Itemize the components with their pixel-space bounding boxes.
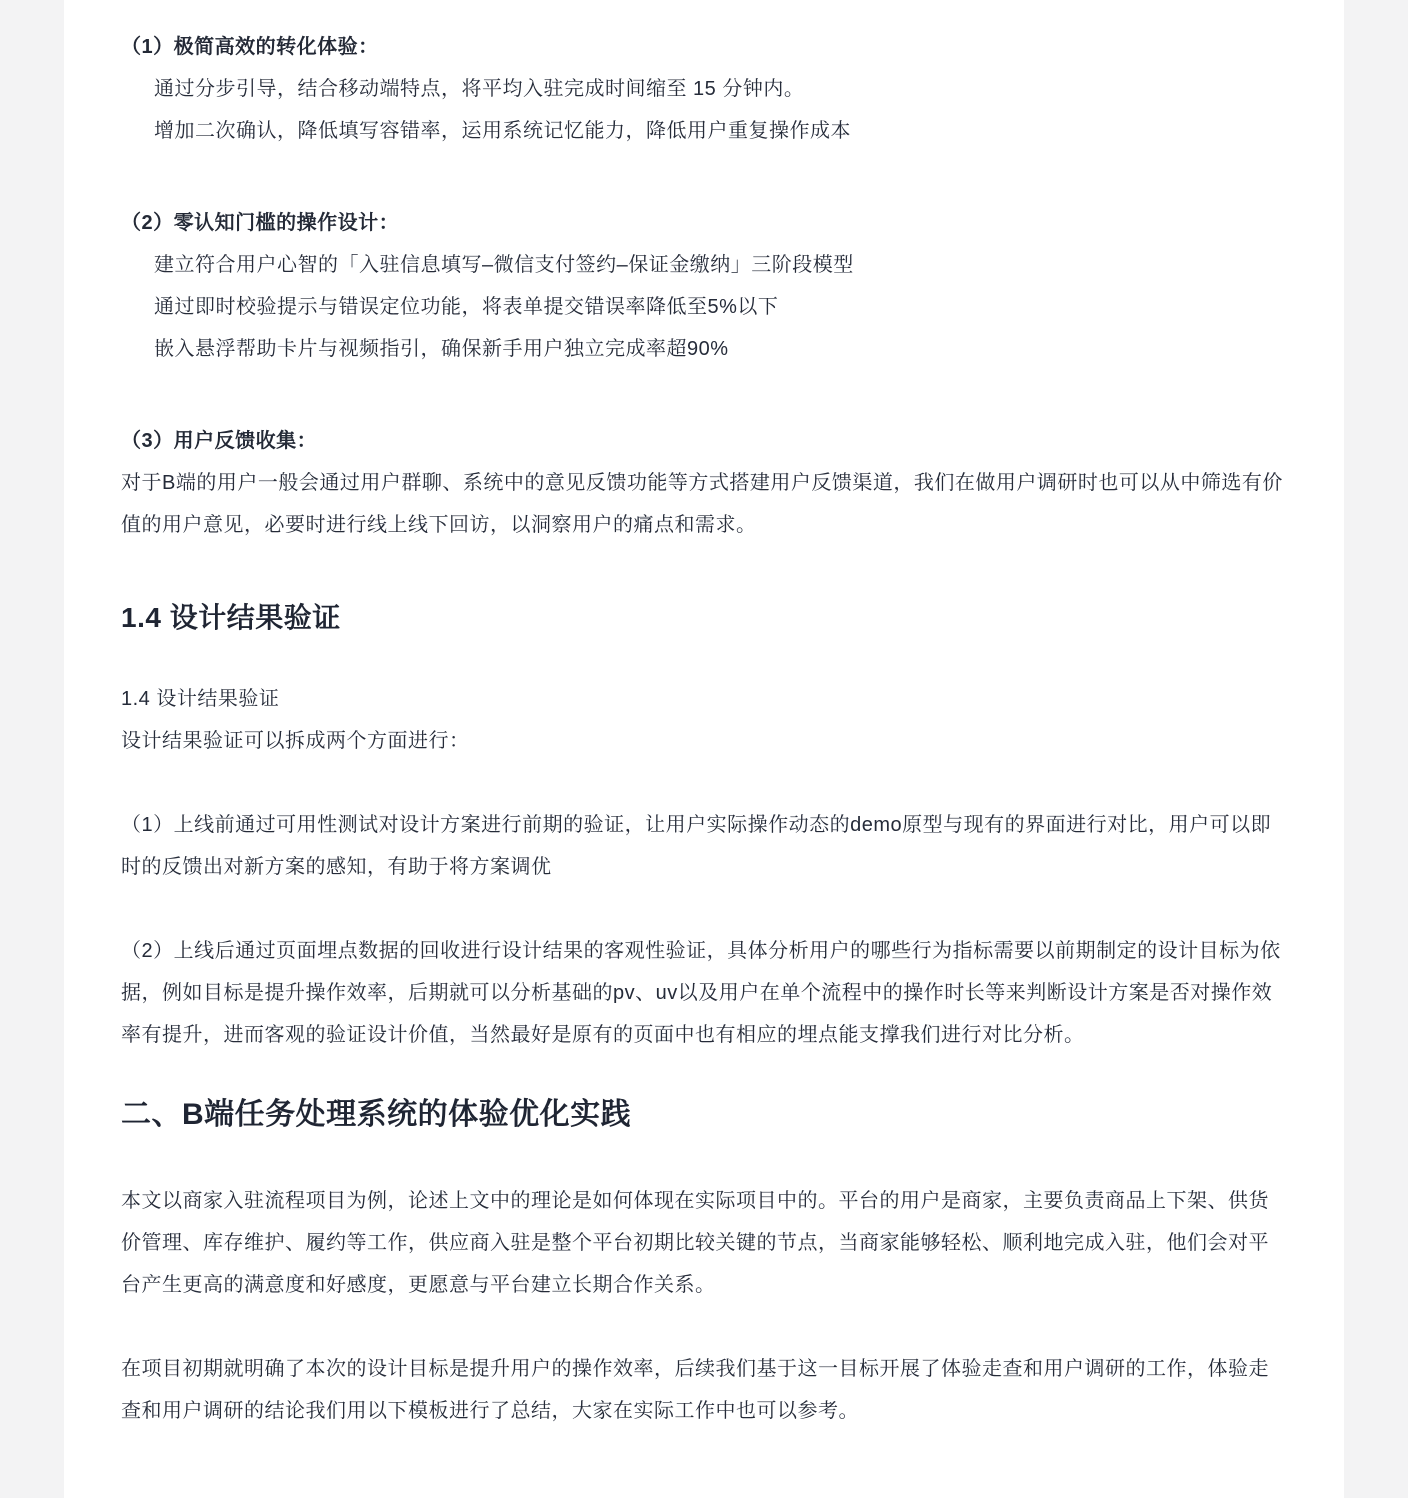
numbered-item-1-line: 增加二次确认，降低填写容错率，运用系统记忆能力，降低用户重复操作成本 (154, 110, 1287, 152)
numbered-item-2-line: 嵌入悬浮帮助卡片与视频指引，确保新手用户独立完成率超90% (154, 328, 1287, 370)
numbered-item-1-line: 通过分步引导，结合移动端特点，将平均入驻完成时间缩至 15 分钟内。 (154, 68, 1287, 110)
paragraph: （2）上线后通过页面埋点数据的回收进行设计结果的客观性验证，具体分析用户的哪些行… (121, 930, 1287, 1056)
numbered-item-3-title: （3）用户反馈收集： (121, 420, 1287, 462)
section-heading-1-4: 1.4 设计结果验证 (121, 596, 1287, 640)
paragraph: 1.4 设计结果验证 (121, 678, 1287, 720)
paragraph: （1）上线前通过可用性测试对设计方案进行前期的验证，让用户实际操作动态的demo… (121, 804, 1287, 888)
numbered-item-3-paragraph: 对于B端的用户一般会通过用户群聊、系统中的意见反馈功能等方式搭建用户反馈渠道，我… (121, 462, 1287, 546)
section-1-4-body: 1.4 设计结果验证 设计结果验证可以拆成两个方面进行： （1）上线前通过可用性… (121, 678, 1287, 1056)
numbered-item-1-title: （1）极简高效的转化体验： (121, 26, 1287, 68)
page-background: （1）极简高效的转化体验： 通过分步引导，结合移动端特点，将平均入驻完成时间缩至… (0, 0, 1408, 1498)
numbered-item-2-title: （2）零认知门槛的操作设计： (121, 202, 1287, 244)
article-content: （1）极简高效的转化体验： 通过分步引导，结合移动端特点，将平均入驻完成时间缩至… (64, 0, 1344, 1498)
paragraph: 设计结果验证可以拆成两个方面进行： (121, 720, 1287, 762)
numbered-item-2: （2）零认知门槛的操作设计： 建立符合用户心智的「入驻信息填写–微信支付签约–保… (121, 202, 1287, 370)
numbered-item-3: （3）用户反馈收集： 对于B端的用户一般会通过用户群聊、系统中的意见反馈功能等方… (121, 420, 1287, 546)
section-heading-2: 二、B端任务处理系统的体验优化实践 (121, 1092, 1287, 1138)
feature-list: （1）极简高效的转化体验： 通过分步引导，结合移动端特点，将平均入驻完成时间缩至… (121, 26, 1287, 546)
paragraph: 在项目初期就明确了本次的设计目标是提升用户的操作效率，后续我们基于这一目标开展了… (121, 1348, 1287, 1432)
section-2-body: 本文以商家入驻流程项目为例，论述上文中的理论是如何体现在实际项目中的。平台的用户… (121, 1180, 1287, 1432)
numbered-item-1: （1）极简高效的转化体验： 通过分步引导，结合移动端特点，将平均入驻完成时间缩至… (121, 26, 1287, 152)
numbered-item-2-line: 建立符合用户心智的「入驻信息填写–微信支付签约–保证金缴纳」三阶段模型 (154, 244, 1287, 286)
numbered-item-2-line: 通过即时校验提示与错误定位功能，将表单提交错误率降低至5%以下 (154, 286, 1287, 328)
numbered-item-2-lines: 建立符合用户心智的「入驻信息填写–微信支付签约–保证金缴纳」三阶段模型 通过即时… (121, 244, 1287, 370)
paragraph: 本文以商家入驻流程项目为例，论述上文中的理论是如何体现在实际项目中的。平台的用户… (121, 1180, 1287, 1306)
numbered-item-1-lines: 通过分步引导，结合移动端特点，将平均入驻完成时间缩至 15 分钟内。 增加二次确… (121, 68, 1287, 152)
